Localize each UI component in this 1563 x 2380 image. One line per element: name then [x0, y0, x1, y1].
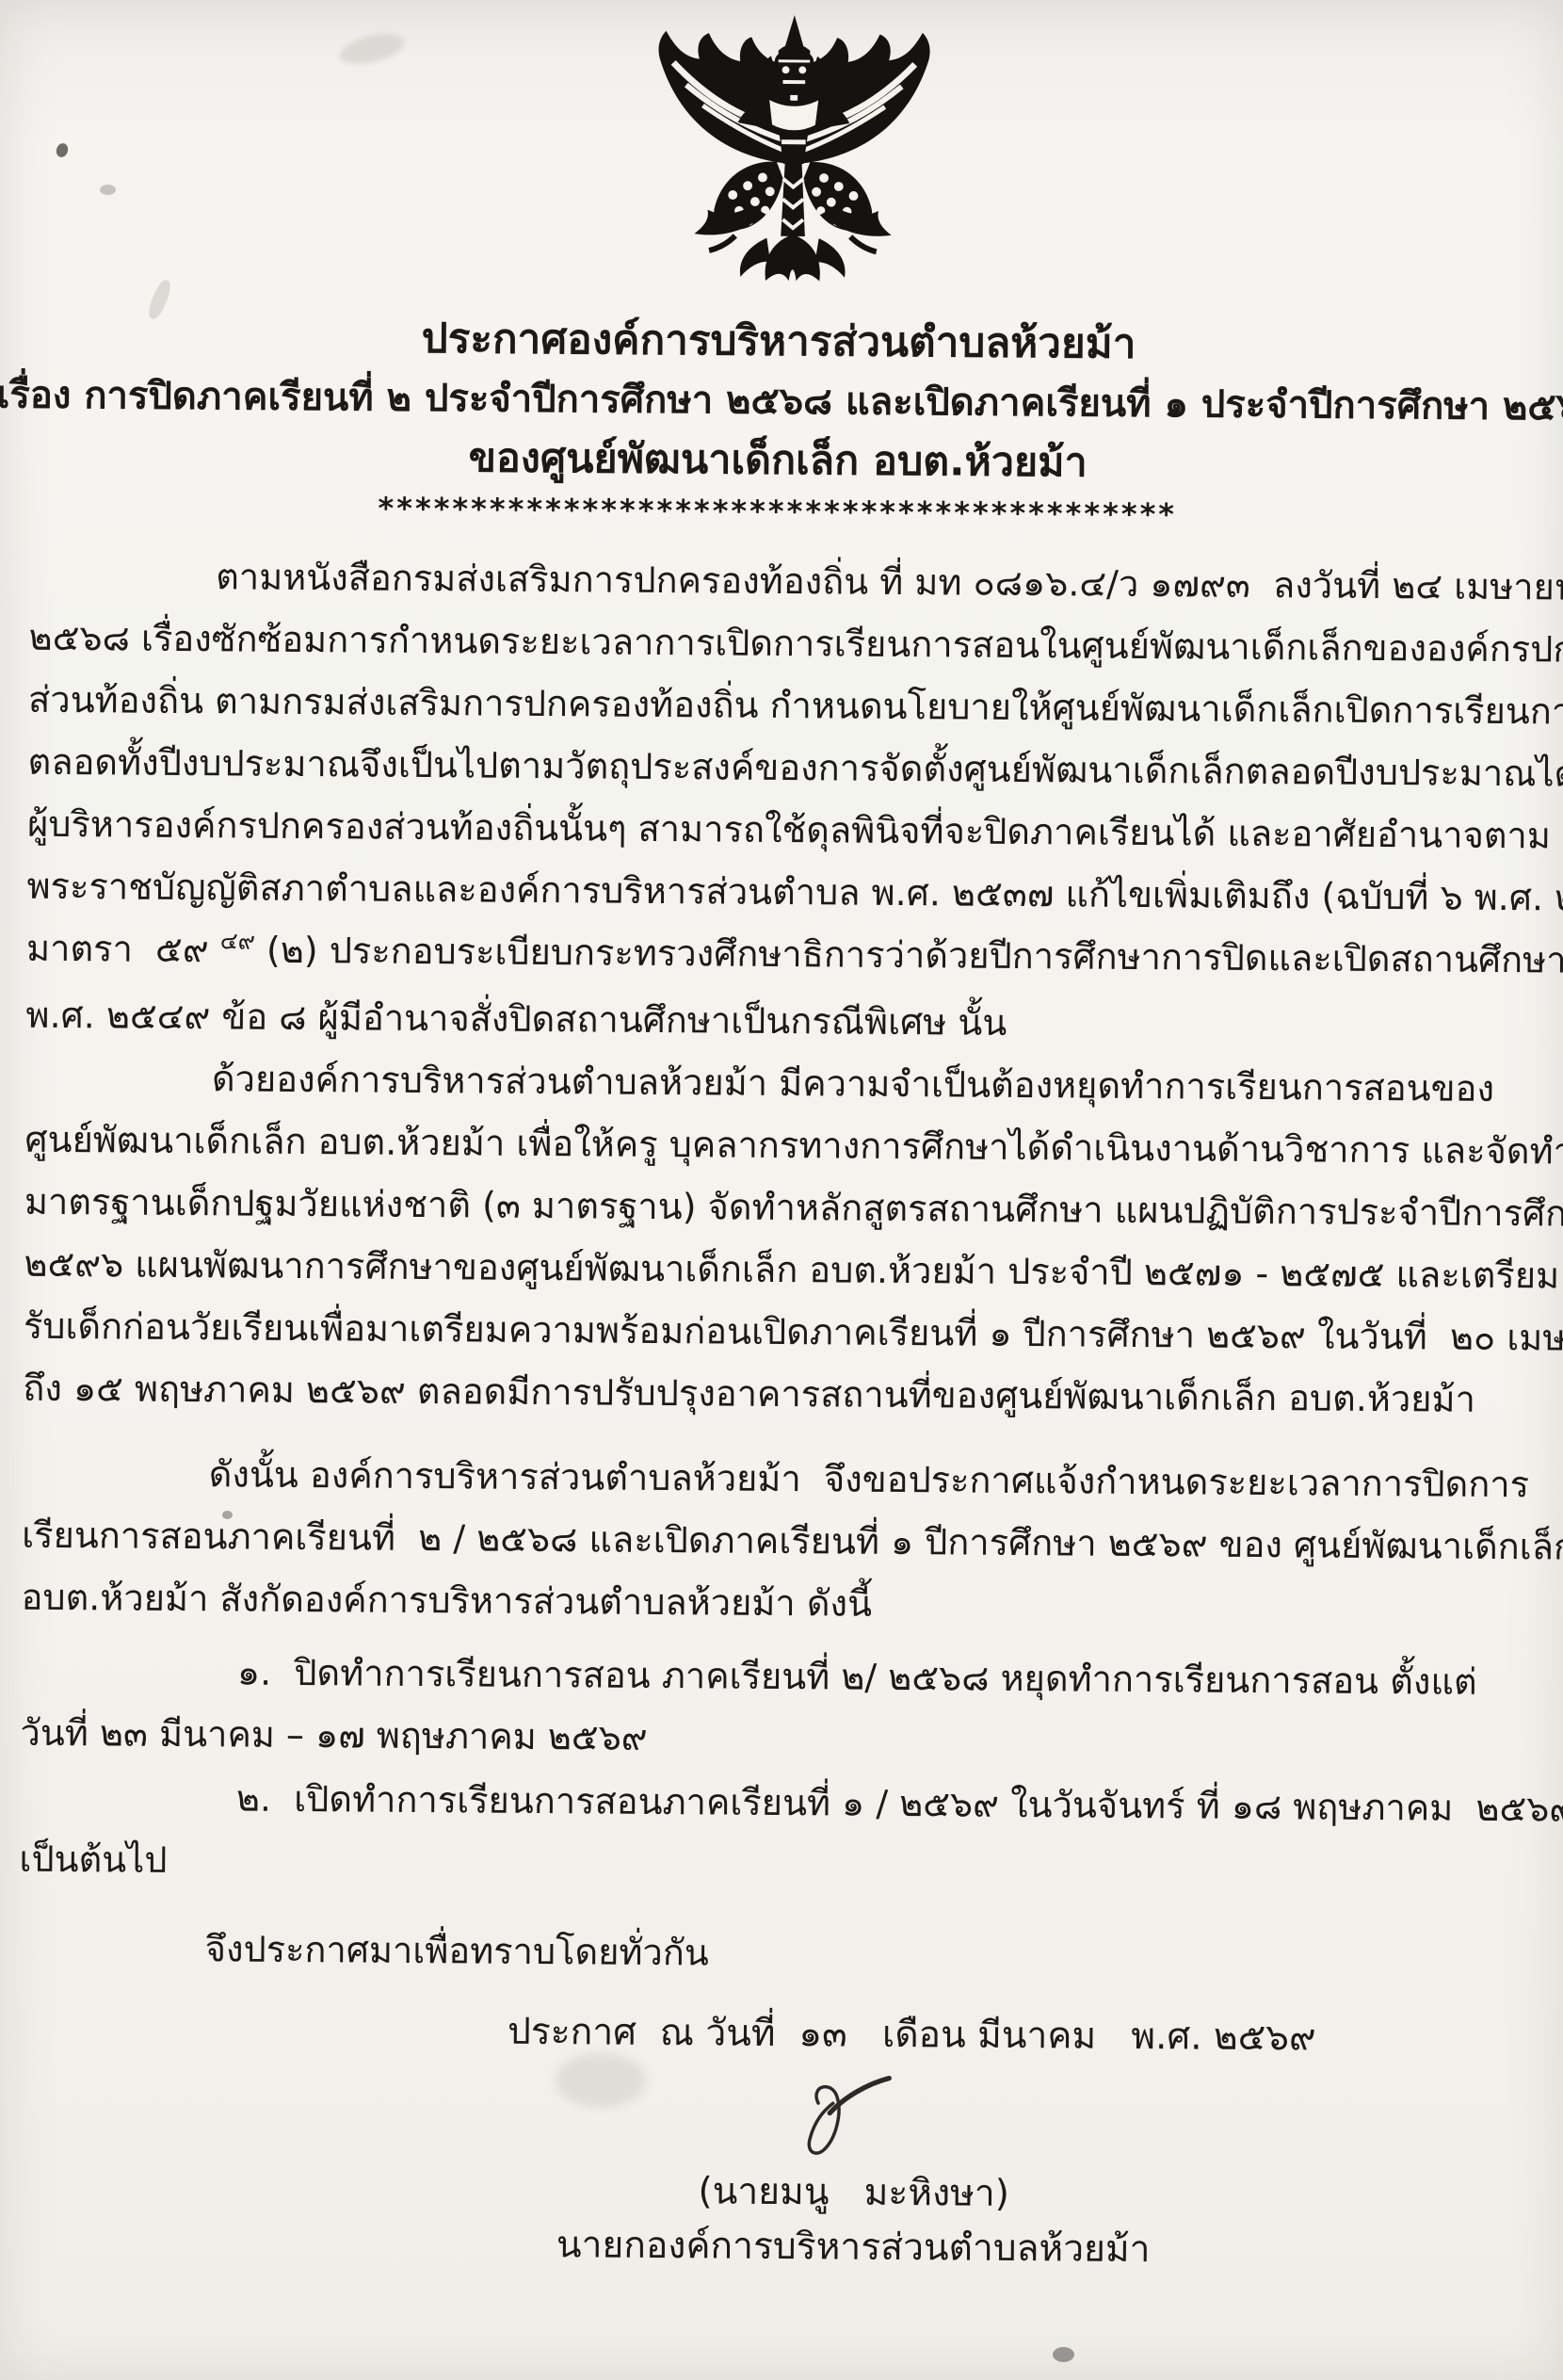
- paragraph-1: ตามหนังสือกรมส่งเสริมการปกครองท้องถิ่น ท…: [25, 544, 1536, 1059]
- paragraph-line: เรียนการสอนภาคเรียนที่ ๒ / ๒๕๖๘ และเปิดภ…: [22, 1504, 1528, 1579]
- issue-date-line: ประกาศ ณ วันที่ ๑๓ เดือน มีนาคม พ.ศ. ๒๕๖…: [18, 2000, 1524, 2070]
- signature-block: (นายมนู มะหิงษา) นายกองค์การบริหารส่วนตำ…: [72, 2069, 1563, 2281]
- paragraph-line: พ.ศ. ๒๕๔๙ ข้อ ๘ ผู้มีอำนาจสั่งปิดสถานศึก…: [25, 984, 1532, 1059]
- paragraph-line: ๒๕๙๖ แผนพัฒนาการศึกษาของศูนย์พัฒนาเด็กเล…: [24, 1233, 1530, 1307]
- list-item-line: ๒. เปิดทำการเรียนการสอนภาคเรียนที่ ๑ / ๒…: [20, 1766, 1526, 1840]
- paragraph-line: ศูนย์พัฒนาเด็กเล็ก อบต.ห้วยม้า เพื่อให้ค…: [24, 1109, 1531, 1183]
- closing-sentence: จึงประกาศมาเพื่อทราบโดยทั่วกัน: [18, 1919, 1524, 1989]
- garuda-emblem-icon: [623, 12, 964, 294]
- paragraph-line: ส่วนท้องถิ่น ตามกรมส่งเสริมการปกครองท้อง…: [28, 669, 1535, 743]
- paragraph-line: ดังนั้น องค์การบริหารส่วนตำบลห้วยม้า จึง…: [22, 1442, 1528, 1516]
- paragraph-line: รับเด็กก่อนวัยเรียนเพื่อมาเตรียมความพร้อ…: [24, 1295, 1530, 1369]
- scanned-announcement-page: ประกาศองค์การบริหารส่วนตำบลห้วยม้า เรื่อ…: [0, 0, 1563, 2380]
- paragraph-line: ผู้บริหารองค์กรปกครองส่วนท้องถิ่นนั้นๆ ส…: [27, 793, 1534, 867]
- paragraph-3: ดังนั้น องค์การบริหารส่วนตำบลห้วยม้า จึง…: [21, 1442, 1529, 1641]
- paragraph-line: อบต.ห้วยม้า สังกัดองค์การบริหารส่วนตำบลห…: [21, 1566, 1527, 1641]
- list-item-line: วันที่ ๒๓ มีนาคม – ๑๗ พฤษภาคม ๒๕๖๙: [20, 1702, 1526, 1776]
- handwritten-signature: [783, 2075, 926, 2166]
- paragraph-line: มาตรฐานเด็กปฐมวัยแห่งชาติ (๓ มาตรฐาน) จั…: [24, 1171, 1531, 1245]
- list-item-1: ๑. ปิดทำการเรียนการสอน ภาคเรียนที่ ๒/ ๒๕…: [20, 1640, 1527, 1776]
- list-item-2: ๒. เปิดทำการเรียนการสอนภาคเรียนที่ ๑ / ๒…: [19, 1766, 1526, 1902]
- paragraph-line: ด้วยองค์การบริหารส่วนตำบลห้วยม้า มีความจ…: [25, 1046, 1532, 1121]
- paragraph-line: พระราชบัญญัติสภาตำบลและองค์การบริหารส่วน…: [26, 855, 1533, 930]
- signer-position: นายกองค์การบริหารส่วนตำบลห้วยม้า: [72, 2214, 1563, 2281]
- paragraph-line: ถึง ๑๕ พฤษภาคม ๒๕๖๙ ตลอดมีการปรับปรุงอาค…: [23, 1357, 1529, 1432]
- paragraph-2: ด้วยองค์การบริหารส่วนตำบลห้วยม้า มีความจ…: [23, 1046, 1532, 1432]
- page-content: ประกาศองค์การบริหารส่วนตำบลห้วยม้า เรื่อ…: [0, 0, 1563, 2280]
- paragraph-line: ตลอดทั้งปีงบประมาณจึงเป็นไปตามวัตถุประสง…: [27, 731, 1534, 805]
- scan-speck: [1053, 2347, 1074, 2362]
- subject-line: เรื่อง การปิดภาคเรียนที่ ๒ ประจำปีการศึก…: [0, 364, 1560, 437]
- section-ref-text: (๒) ประกอบระเบียบกระทรวงศึกษาธิการว่าด้ว…: [255, 930, 1563, 981]
- list-item-line: ๑. ปิดทำการเรียนการสอน ภาคเรียนที่ ๒/ ๒๕…: [21, 1640, 1527, 1714]
- list-item-line: เป็นต้นไป: [19, 1828, 1525, 1902]
- paragraph-line-with-superscript: มาตรา ๕๙ ๔๙ (๒) ประกอบระเบียบกระทรวงศึกษ…: [26, 917, 1534, 996]
- section-ref-text: มาตรา ๕๙: [26, 928, 220, 971]
- paragraph-line: ตามหนังสือกรมส่งเสริมการปกครองท้องถิ่น ท…: [29, 544, 1536, 619]
- paragraph-line: ๒๕๖๘ เรื่องซักซ้อมการกำหนดระยะเวลาการเปิ…: [28, 607, 1535, 681]
- document-body: ตามหนังสือกรมส่งเสริมการปกครองท้องถิ่น ท…: [0, 543, 1558, 2069]
- section-ref-superscript: ๔๙: [220, 927, 255, 954]
